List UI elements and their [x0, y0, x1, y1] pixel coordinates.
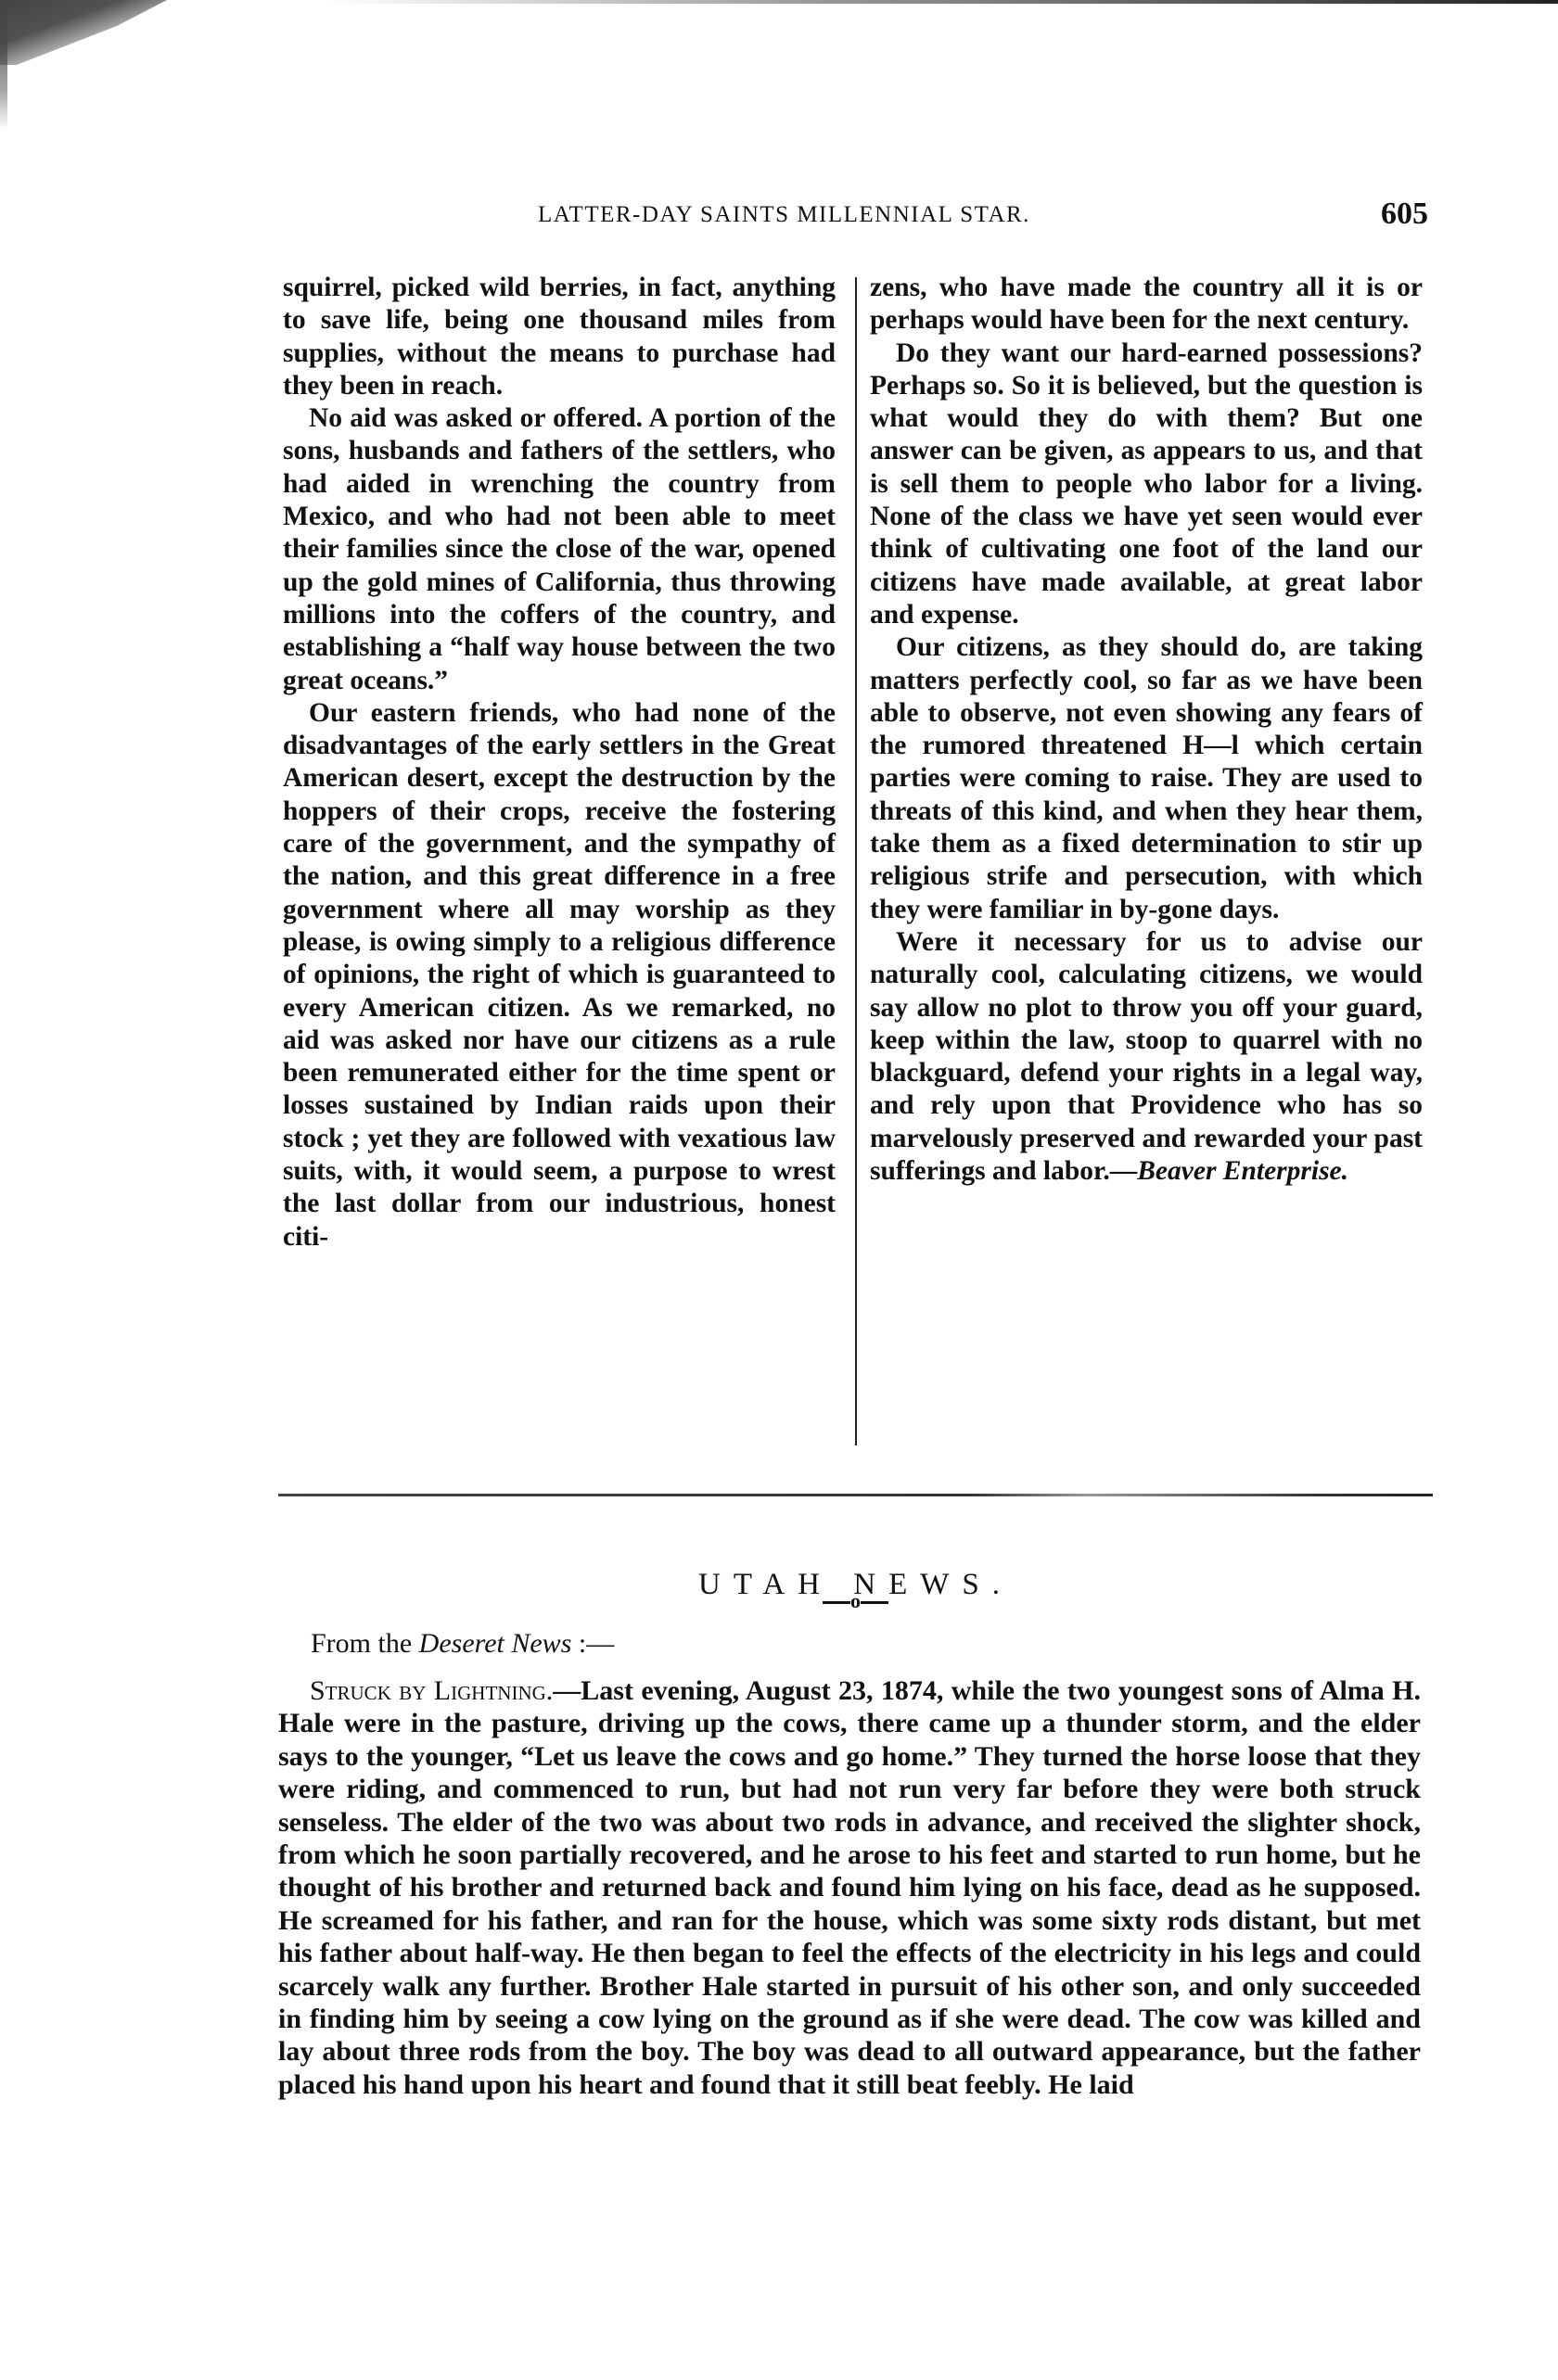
news-item: Struck by Lightning.—Last evening, Augus…: [278, 1674, 1421, 2101]
page-number: 605: [1381, 197, 1428, 232]
publication-title: LATTER-DAY SAINTS MILLENNIAL STAR.: [538, 202, 1030, 228]
scan-artifact-edge: [0, 0, 7, 130]
left-column: squirrel, picked wild berries, in fact, …: [283, 272, 836, 1254]
source-name: Deseret News: [419, 1628, 572, 1659]
paragraph: squirrel, picked wild berries, in fact, …: [283, 272, 836, 402]
paragraph: Our citizens, as they should do, are tak…: [870, 631, 1423, 926]
heading-ornament: o: [278, 1589, 1433, 1613]
paragraph-final: Were it necessary for us to advise our n…: [870, 926, 1423, 1188]
paragraph: zens, who have made the country all it i…: [870, 272, 1423, 337]
news-item-body: Last evening, August 23, 1874, while the…: [278, 1675, 1421, 2100]
running-head: LATTER-DAY SAINTS MILLENNIAL STAR. 605: [501, 202, 1428, 239]
article-continuation: squirrel, picked wild berries, in fact, …: [283, 272, 1424, 1458]
news-item-title: Struck by Lightning.: [310, 1675, 553, 1706]
paragraph-text: Were it necessary for us to advise our n…: [870, 927, 1423, 1186]
source-attribution: Beaver Enterprise.: [1137, 1156, 1348, 1186]
source-line-suffix: :—: [571, 1628, 614, 1659]
source-line-prefix: From the: [311, 1628, 419, 1659]
news-paragraph: Struck by Lightning.—Last evening, Augus…: [278, 1674, 1421, 2101]
ornament-rule-right: [861, 1601, 888, 1604]
paragraph: No aid was asked or offered. A portion o…: [283, 402, 836, 697]
ornament-glyph: o: [850, 1589, 861, 1612]
right-column: zens, who have made the country all it i…: [870, 272, 1423, 1188]
ornament-rule-left: [823, 1601, 850, 1604]
title-dash: —: [553, 1675, 581, 1706]
paragraph: Do they want our hard-earned possessions…: [870, 337, 1423, 632]
column-divider: [855, 277, 857, 1445]
scan-artifact-smudge: [0, 0, 167, 65]
section-divider-rule: [278, 1494, 1433, 1496]
source-line: From the Deseret News :—: [311, 1628, 614, 1660]
scan-artifact-top-edge: [325, 0, 1558, 4]
paragraph: Our eastern friends, who had none of the…: [283, 697, 836, 1254]
